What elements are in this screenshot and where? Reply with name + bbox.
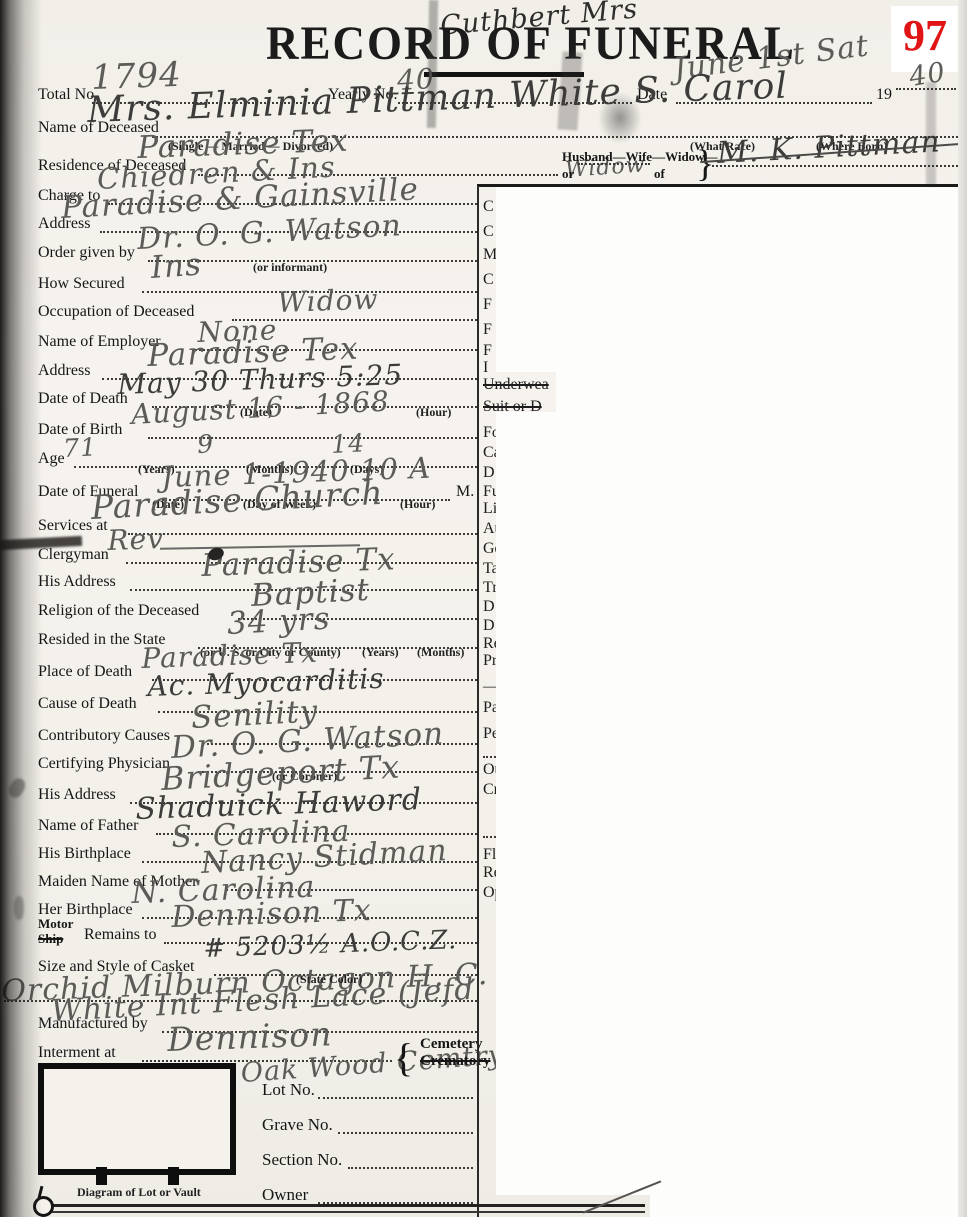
field-label: Owner <box>262 1185 308 1205</box>
printed-label: Crematory <box>420 1053 491 1070</box>
ink-blot <box>598 92 642 144</box>
handwritten-value: 9 <box>196 429 214 459</box>
handwritten-value: 71 <box>62 432 97 463</box>
overlay-page <box>556 372 958 412</box>
overlay-top-edge <box>477 184 958 187</box>
right-column-fragment: Fl <box>483 846 496 864</box>
field-label: His Birthplace <box>38 845 131 863</box>
dotted-leader <box>338 1132 473 1134</box>
field-label: Section No. <box>262 1150 342 1170</box>
right-column-fragment: F <box>483 342 492 360</box>
ink-streak <box>557 51 582 130</box>
overlay-page <box>496 412 958 1195</box>
right-column-fragment: D <box>483 464 495 482</box>
field-sublabel: (or informant) <box>253 260 327 275</box>
scan-right-edge <box>958 0 967 1217</box>
field-label: Contributory Causes <box>38 727 170 745</box>
field-label: Address <box>38 362 90 380</box>
right-column-fragment: F <box>483 296 492 314</box>
column-rule <box>477 186 479 1217</box>
field-label: Date of Death <box>38 390 128 408</box>
field-sublabel: (Hour) <box>400 497 435 512</box>
field-label: How Secured <box>38 275 125 293</box>
overlay-page <box>650 1195 958 1217</box>
lot-diagram-label: Diagram of Lot or Vault <box>77 1185 201 1200</box>
funeral-record-scan: Cuthbert Mrs RECORD OF FUNERAL 97 Total … <box>0 0 967 1217</box>
dotted-leader <box>128 533 477 535</box>
printed-label: M. <box>456 483 474 501</box>
page-bottom-line <box>45 1204 645 1207</box>
printed-label: of <box>654 166 665 182</box>
page-bottom-line <box>45 1211 645 1213</box>
ink-blot <box>14 896 24 920</box>
field-label: His Address <box>38 573 116 591</box>
dotted-leader <box>318 1097 473 1099</box>
handwritten-value: Paradise Church <box>90 473 384 527</box>
field-label: Name of Father <box>38 817 138 835</box>
field-label: Interment at <box>38 1044 116 1062</box>
field-label: Lot No. <box>262 1080 315 1100</box>
field-label: Order given by <box>38 244 135 262</box>
field-label: Religion of the Deceased <box>38 602 199 620</box>
right-column-fragment: F <box>483 321 492 339</box>
field-sublabel: (Hour) <box>416 405 451 420</box>
right-column-fragment: C <box>483 198 494 216</box>
handwritten-value: Ins <box>149 247 203 286</box>
right-column-fragment: D <box>483 598 495 616</box>
printed-label: { <box>394 1034 413 1081</box>
lot-diagram-box <box>38 1063 236 1175</box>
printed-label: Motor <box>38 916 73 932</box>
overlay-page <box>496 187 958 372</box>
field-label: His Address <box>38 786 116 804</box>
right-column-fragment: C <box>483 271 494 289</box>
handwritten-value: Rev <box>107 522 165 557</box>
handwritten-value: Widow <box>277 282 379 319</box>
right-column-fragment: C <box>483 223 494 241</box>
printed-label: 19 <box>876 86 892 104</box>
field-label: Cause of Death <box>38 695 137 713</box>
printed-label: } <box>696 142 714 186</box>
lot-diagram-leg <box>168 1167 179 1185</box>
field-label: Remains to <box>84 926 156 944</box>
dotted-leader <box>348 1167 473 1169</box>
field-label: Clergyman <box>38 546 109 564</box>
field-label: Certifying Physician <box>38 755 170 773</box>
ink-streak <box>926 82 936 186</box>
field-label: Grave No. <box>262 1115 333 1135</box>
lot-diagram-leg <box>96 1167 107 1185</box>
field-label: Name of Employer <box>38 333 161 351</box>
page-number: 97 <box>903 10 947 61</box>
right-column-fragment: Underwea <box>483 376 549 394</box>
field-label: Place of Death <box>38 663 132 681</box>
printed-label: or <box>562 166 574 182</box>
field-sublabel: (Months) <box>417 645 464 660</box>
residence-or-leader <box>578 163 650 165</box>
field-label: Occupation of Deceased <box>38 303 194 321</box>
printed-label: Cemetery <box>420 1036 482 1053</box>
residence-right-leader <box>712 165 958 167</box>
right-column-fragment: I <box>483 359 488 377</box>
field-sublabel: (Years) <box>362 645 399 660</box>
gutter-shadow <box>0 0 42 1217</box>
right-column-fragment: D <box>483 617 495 635</box>
